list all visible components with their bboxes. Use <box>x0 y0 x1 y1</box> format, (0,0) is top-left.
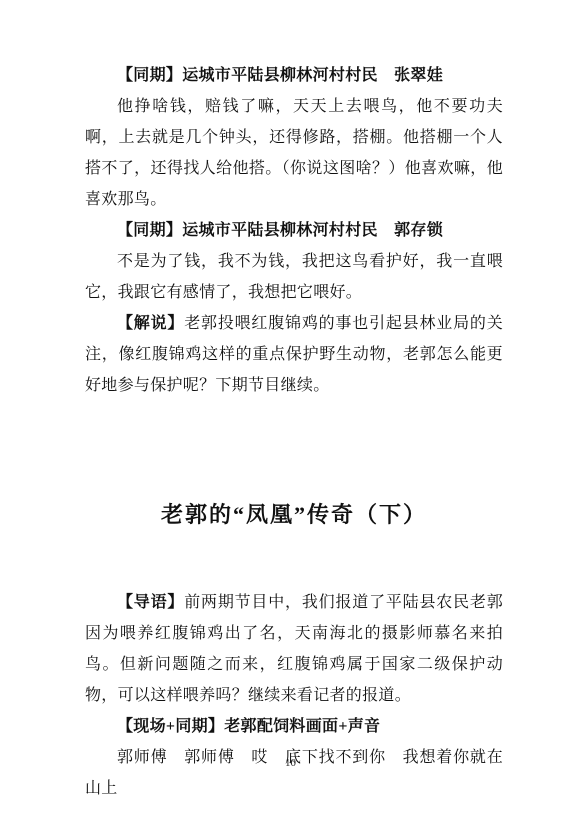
narration-paragraph: 【解说】老郭投喂红腹锦鸡的事也引起县林业局的关注，像红腹锦鸡这样的重点保护野生动… <box>85 308 503 401</box>
document-page: 【同期】运城市平陆县柳林河村村民 张翠娃 他挣啥钱，赔钱了嘛，天天上去喂鸟，他不… <box>0 0 581 820</box>
document-title: 老郭的“凤凰”传奇（下） <box>85 498 503 532</box>
scene-heading: 【现场+同期】老郭配饲料画面+声音 <box>85 711 503 742</box>
narration-label: 【解说】 <box>117 315 184 332</box>
sync1-heading: 【同期】运城市平陆县柳林河村村民 张翠娃 <box>85 60 503 91</box>
intro-label: 【导语】 <box>117 594 184 611</box>
sync2-paragraph: 不是为了钱，我不为钱，我把这鸟看护好，我一直喂它，我跟它有感情了，我想把它喂好。 <box>85 246 503 308</box>
page-number: 10 <box>0 756 581 770</box>
sync1-paragraph: 他挣啥钱，赔钱了嘛，天天上去喂鸟，他不要功夫啊，上去就是几个钟头，还得修路，搭棚… <box>85 91 503 215</box>
intro-paragraph: 【导语】前两期节目中，我们报道了平陆县农民老郭因为喂养红腹锦鸡出了名，天南海北的… <box>85 587 503 711</box>
sync2-heading: 【同期】运城市平陆县柳林河村村民 郭存锁 <box>85 215 503 246</box>
scene-paragraph: 郭师傅 郭师傅 哎 底下找不到你 我想着你就在山上 <box>85 742 503 804</box>
document-content: 【同期】运城市平陆县柳林河村村民 张翠娃 他挣啥钱，赔钱了嘛，天天上去喂鸟，他不… <box>85 60 503 804</box>
